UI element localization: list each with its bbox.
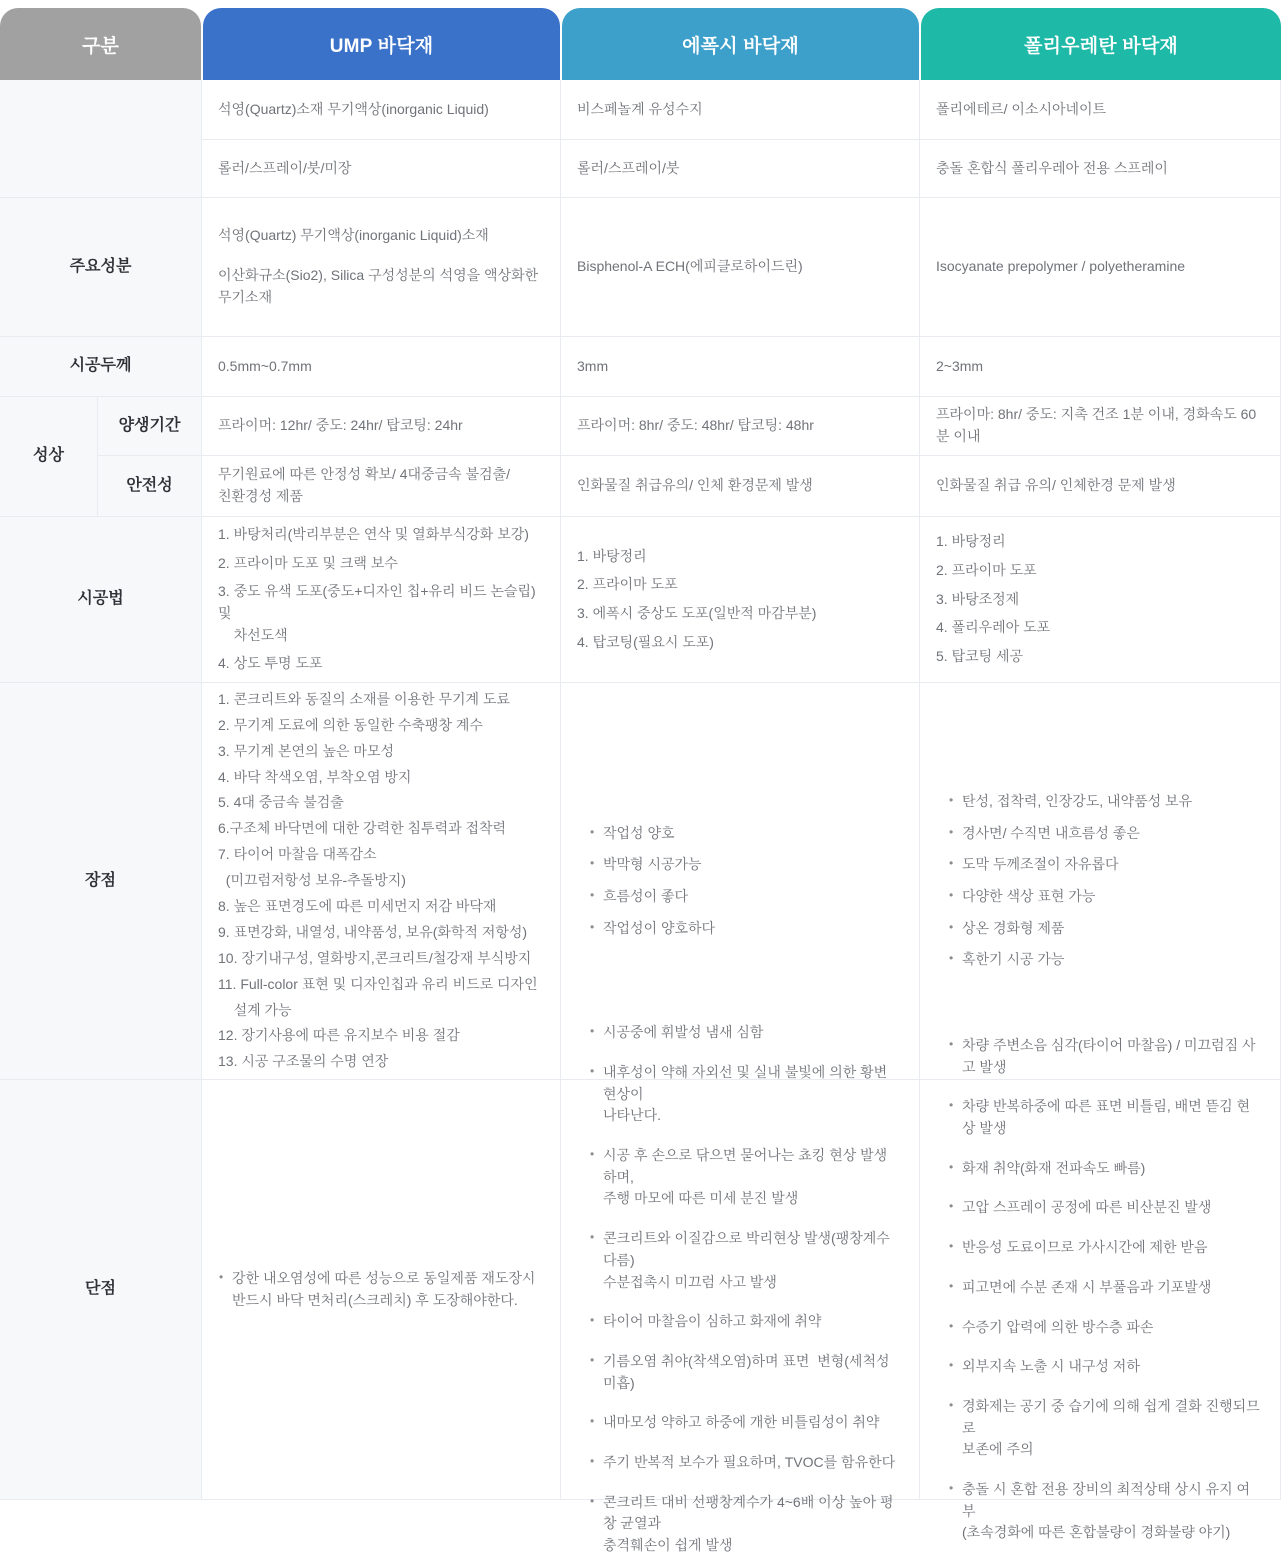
cell-material-ump: 석영(Quartz)소재 무기액상(inorganic Liquid) <box>202 80 560 139</box>
list-item: 박막형 시공가능 <box>589 854 899 876</box>
list-item: 2. 프라이마 도포 <box>936 560 1260 582</box>
header-corner: 구분 <box>0 8 201 80</box>
list-item: 4. 탑코팅(필요시 도포) <box>577 632 899 654</box>
list-item: 수증기 압력에 의한 방수층 파손 <box>948 1317 1260 1339</box>
list-item: 작업성 양호 <box>589 823 899 845</box>
list-item: 다양한 색상 표현 가능 <box>948 886 1260 908</box>
cell-process-ump: 1. 바탕처리(박리부분은 연삭 및 열화부식강화 보강)2. 프라이마 도포 … <box>202 517 560 682</box>
cell-pros-pu: 탄성, 접착력, 인장강도, 내약품성 보유경사면/ 수직면 내흐름성 좋은도막… <box>920 683 1280 1079</box>
list-item: 차량 주변소음 심각(타이어 마찰음) / 미끄럼짐 사고 발생 <box>948 1035 1260 1078</box>
header-polyurethane: 폴리우레탄 바닥재 <box>921 8 1281 80</box>
list-item: 상온 경화형 제품 <box>948 918 1260 940</box>
cell-curing-pu: 프라이마: 8hr/ 중도: 지촉 건조 1분 이내, 경화속도 60분 이내 <box>920 397 1280 455</box>
list-item: 콘크리트와 이질감으로 박리현상 발생(팽창계수 다름) 수분접촉시 미끄럼 사… <box>589 1228 899 1293</box>
table-header-row: 구분 UMP 바닥재 에폭시 바닥재 폴리우레탄 바닥재 <box>0 8 1281 80</box>
list-item: 2. 무기계 도료에 의한 동일한 수축팽창 계수 <box>218 713 540 739</box>
cell-tools-epoxy: 롤러/스프레이/붓 <box>561 140 919 197</box>
list-item: 1. 바탕정리 <box>936 531 1260 553</box>
label-components: 주요성분 <box>0 198 201 336</box>
list-item: 외부지속 노출 시 내구성 저하 <box>948 1356 1260 1378</box>
list-item: 혹한기 시공 가능 <box>948 949 1260 971</box>
list-item: 1. 바탕처리(박리부분은 연삭 및 열화부식강화 보강) <box>218 524 540 546</box>
list-item: 5. 4대 중금속 불검출 <box>218 790 540 816</box>
list-item: 11. Full-color 표현 및 디자인칩과 유리 비드로 디자인 설계 … <box>218 972 540 1024</box>
list-item: 13. 시공 구조물의 수명 연장 <box>218 1049 540 1075</box>
list-item: 경화제는 공기 중 습기에 의해 쉽게 결화 진행되므로 보존에 주의 <box>948 1396 1260 1461</box>
list-item: 3. 에폭시 중상도 도포(일반적 마감부분) <box>577 603 899 625</box>
list-item: 피고면에 수분 존재 시 부풀음과 기포발생 <box>948 1277 1260 1299</box>
list-item: 흐름성이 좋다 <box>589 886 899 908</box>
list-item: 3. 무기계 본연의 높은 마모성 <box>218 739 540 765</box>
label-process: 시공법 <box>0 517 201 682</box>
list-item: 12. 장기사용에 따른 유지보수 비용 절감 <box>218 1023 540 1049</box>
components-ump-line2: 이산화규소(Sio2), Silica 구성성분의 석영을 액상화한 무기소재 <box>218 265 540 308</box>
components-ump-line1: 석영(Quartz) 무기액상(inorganic Liquid)소재 <box>218 225 540 247</box>
list-item: 경사면/ 수직면 내흐름성 좋은 <box>948 823 1260 845</box>
flooring-comparison-table: 구분 UMP 바닥재 에폭시 바닥재 폴리우레탄 바닥재 석영(Quartz)소… <box>0 0 1281 1500</box>
list-item: 5. 탑코팅 세공 <box>936 646 1260 668</box>
list-item: 3. 바탕조정제 <box>936 589 1260 611</box>
list-item: 1. 바탕정리 <box>577 546 899 568</box>
cell-curing-epoxy: 프라이머: 8hr/ 중도: 48hr/ 탑코팅: 48hr <box>561 397 919 455</box>
list-item: 4. 폴리우레아 도포 <box>936 617 1260 639</box>
cell-thickness-pu: 2~3mm <box>920 337 1280 396</box>
label-safety: 안전성 <box>98 456 201 516</box>
list-item: 내후성이 약해 자외선 및 실내 불빛에 의한 황변 현상이 나타난다. <box>589 1062 899 1127</box>
list-item: 시공중에 휘발성 냄새 심함 <box>589 1022 899 1044</box>
cell-thickness-epoxy: 3mm <box>561 337 919 396</box>
cell-components-ump: 석영(Quartz) 무기액상(inorganic Liquid)소재 이산화규… <box>202 198 560 336</box>
list-item: 차량 반복하중에 따른 표면 비틀림, 배면 뜯김 현상 발생 <box>948 1096 1260 1139</box>
table-body: 석영(Quartz)소재 무기액상(inorganic Liquid) 비스페놀… <box>0 80 1281 1500</box>
list-item: 4. 바닥 착색오염, 부착오염 방지 <box>218 765 540 791</box>
label-cons: 단점 <box>0 1080 201 1499</box>
list-item: 작업성이 양호하다 <box>589 918 899 940</box>
list-item: 탄성, 접착력, 인장강도, 내약품성 보유 <box>948 791 1260 813</box>
label-thickness: 시공두께 <box>0 337 201 396</box>
cell-process-pu: 1. 바탕정리2. 프라이마 도포3. 바탕조정제4. 폴리우레아 도포5. 탑… <box>920 517 1280 682</box>
cell-curing-ump: 프라이머: 12hr/ 중도: 24hr/ 탑코팅: 24hr <box>202 397 560 455</box>
header-epoxy: 에폭시 바닥재 <box>562 8 919 80</box>
cell-pros-ump: 1. 콘크리트와 동질의 소재를 이용한 무기계 도료2. 무기계 도료에 의한… <box>202 683 560 1079</box>
list-item: 강한 내오염성에 따른 성능으로 동일제품 재도장시 반드시 바닥 면처리(스크… <box>218 1268 540 1311</box>
list-item: 주기 반복적 보수가 필요하며, TVOC를 함유한다 <box>589 1452 899 1474</box>
list-item: 2. 프라이마 도포 <box>577 574 899 596</box>
cell-components-epoxy: Bisphenol-A ECH(에피클로하이드린) <box>561 198 919 336</box>
list-item: 2. 프라이마 도포 및 크랙 보수 <box>218 553 540 575</box>
header-ump: UMP 바닥재 <box>203 8 560 80</box>
list-item: 시공 후 손으로 닦으면 묻어나는 쵸킹 현상 발생하며, 주행 마모에 따른 … <box>589 1145 899 1210</box>
list-item: 충돌 시 혼합 전용 장비의 최적상태 상시 유지 여부 (초속경화에 따른 혼… <box>948 1479 1260 1544</box>
cell-thickness-ump: 0.5mm~0.7mm <box>202 337 560 396</box>
list-item: 6.구조체 바닥면에 대한 강력한 침투력과 접착력 <box>218 816 540 842</box>
list-item: 7. 타이어 마찰음 대폭감소 (미끄럼저항성 보유-추돌방지) <box>218 842 540 894</box>
cell-cons-pu: 차량 주변소음 심각(타이어 마찰음) / 미끄럼짐 사고 발생차량 반복하중에… <box>920 1080 1280 1499</box>
cell-safety-ump: 무기원료에 따른 안정성 확보/ 4대중금속 불검출/ 친환경성 제품 <box>202 456 560 516</box>
label-blank <box>0 80 201 197</box>
cell-pros-epoxy: 작업성 양호박막형 시공가능흐름성이 좋다작업성이 양호하다 <box>561 683 919 1079</box>
cell-material-pu: 폴리에테르/ 이소시아네이트 <box>920 80 1280 139</box>
list-item: 타이어 마찰음이 심하고 화재에 취약 <box>589 1311 899 1333</box>
list-item: 9. 표면강화, 내열성, 내약품성, 보유(화학적 저항성) <box>218 920 540 946</box>
list-item: 콘크리트 대비 선팽창계수가 4~6배 이상 높아 평창 균열과 충격훼손이 쉽… <box>589 1492 899 1557</box>
cell-tools-ump: 롤러/스프레이/붓/미장 <box>202 140 560 197</box>
cell-material-epoxy: 비스페놀계 유성수지 <box>561 80 919 139</box>
cell-tools-pu: 충돌 혼합식 폴리우레아 전용 스프레이 <box>920 140 1280 197</box>
cell-safety-pu: 인화물질 취급 유의/ 인체한경 문제 발생 <box>920 456 1280 516</box>
cell-components-pu: Isocyanate prepolymer / polyetheramine <box>920 198 1280 336</box>
cell-safety-epoxy: 인화물질 취급유의/ 인체 환경문제 발생 <box>561 456 919 516</box>
list-item: 1. 콘크리트와 동질의 소재를 이용한 무기계 도료 <box>218 687 540 713</box>
list-item: 8. 높은 표면경도에 따른 미세먼지 저감 바닥재 <box>218 894 540 920</box>
list-item: 고압 스프레이 공정에 따른 비산분진 발생 <box>948 1197 1260 1219</box>
list-item: 화재 취약(화재 전파속도 빠름) <box>948 1158 1260 1180</box>
list-item: 3. 중도 유색 도포(중도+디자인 칩+유리 비드 논슬립) 및 차선도색 <box>218 581 540 646</box>
list-item: 4. 상도 투명 도포 <box>218 653 540 675</box>
cell-cons-epoxy: 시공중에 휘발성 냄새 심함내후성이 약해 자외선 및 실내 불빛에 의한 황변… <box>561 1080 919 1499</box>
list-item: 10. 장기내구성, 열화방지,콘크리트/철강재 부식방지 <box>218 946 540 972</box>
cell-cons-ump: 강한 내오염성에 따른 성능으로 동일제품 재도장시 반드시 바닥 면처리(스크… <box>202 1080 560 1499</box>
cell-process-epoxy: 1. 바탕정리2. 프라이마 도포3. 에폭시 중상도 도포(일반적 마감부분)… <box>561 517 919 682</box>
list-item: 기름오염 취야(착색오염)하며 표면 변형(세척성 미흡) <box>589 1351 899 1394</box>
list-item: 도막 두께조절이 자유롭다 <box>948 854 1260 876</box>
label-property: 성상 <box>0 397 97 516</box>
label-pros: 장점 <box>0 683 201 1079</box>
list-item: 반응성 도료이므로 가사시간에 제한 받음 <box>948 1237 1260 1259</box>
label-curing: 양생기간 <box>98 397 201 455</box>
list-item: 내마모성 약하고 하중에 개한 비틀림성이 취약 <box>589 1412 899 1434</box>
